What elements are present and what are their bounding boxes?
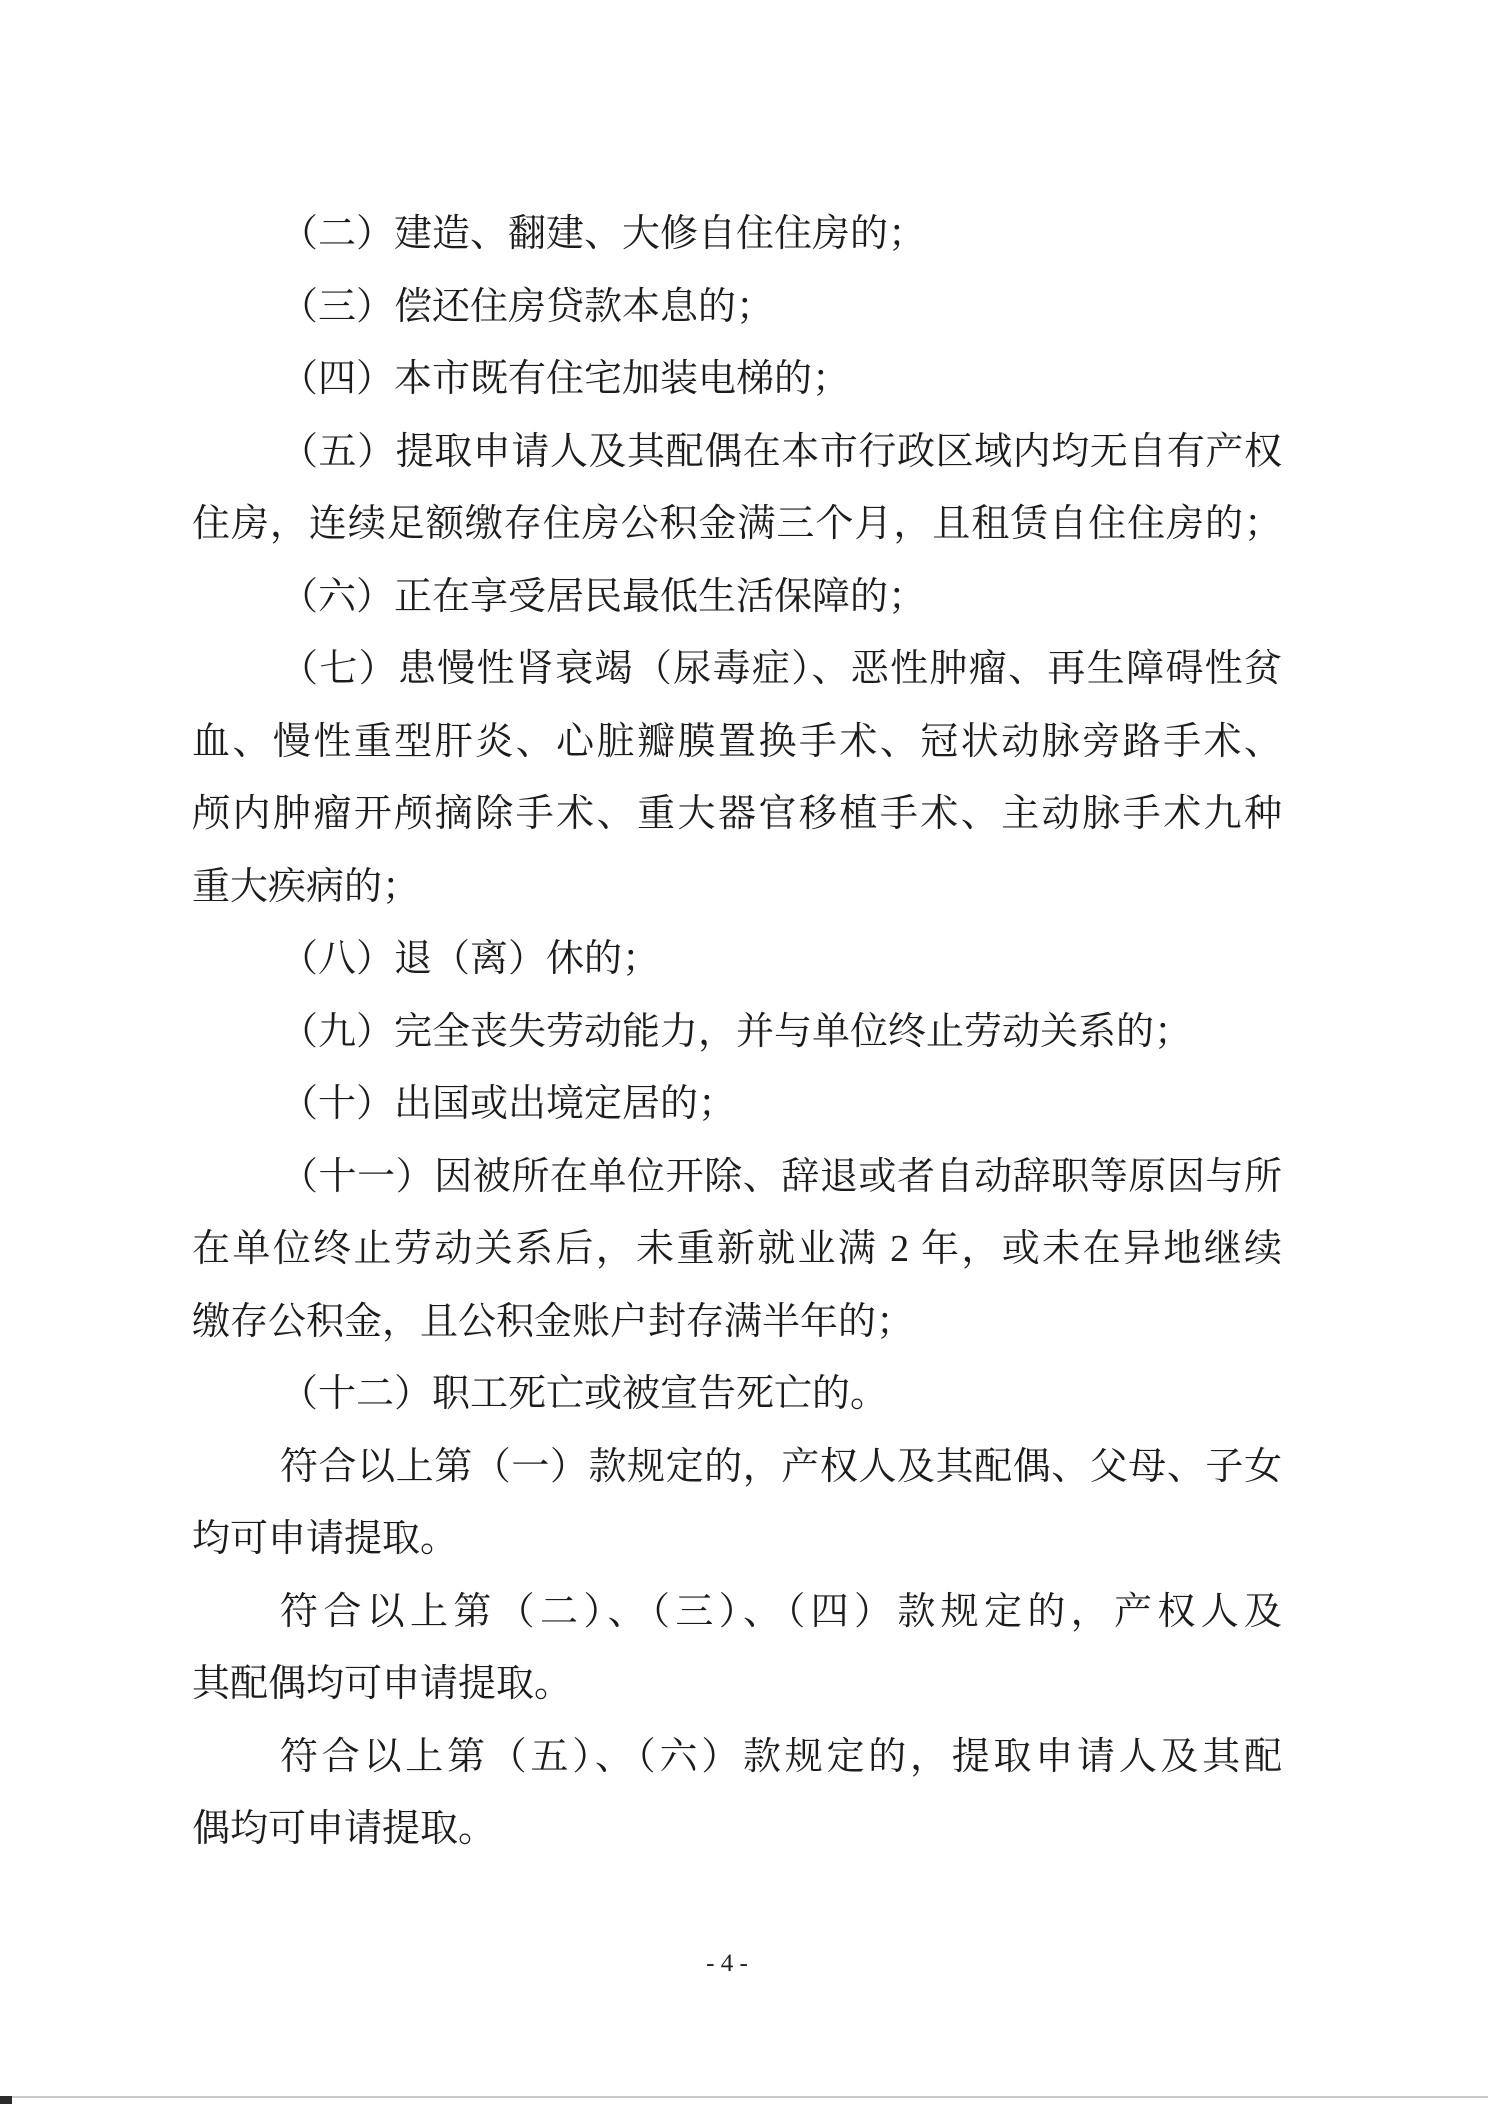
text-line: 偶均可申请提取。 — [192, 1793, 1282, 1866]
text-line: 其配偶均可申请提取。 — [192, 1648, 1282, 1721]
text-line: 符合以上第（五）、（六）款规定的，提取申请人及其配 — [192, 1721, 1282, 1794]
text-line: （七）患慢性肾衰竭（尿毒症）、恶性肿瘤、再生障碍性贫 — [192, 633, 1282, 706]
text-line: 缴存公积金，且公积金账户封存满半年的； — [192, 1286, 1282, 1359]
text-line: 住房，连续足额缴存住房公积金满三个月，且租赁自住住房的； — [192, 488, 1282, 561]
text-line: 重大疾病的； — [192, 851, 1282, 924]
document-page: （二）建造、翻建、大修自住住房的； （三）偿还住房贷款本息的； （四）本市既有住… — [0, 0, 1488, 2104]
text-line: （九）完全丧失劳动能力，并与单位终止劳动关系的； — [192, 996, 1282, 1069]
text-line: （十一）因被所在单位开除、辞退或者自动辞职等原因与所 — [192, 1141, 1282, 1214]
scan-corner-artifact — [0, 2096, 12, 2104]
text-line: （十）出国或出境定居的； — [192, 1068, 1282, 1141]
text-line: （六）正在享受居民最低生活保障的； — [192, 561, 1282, 634]
document-text-block: （二）建造、翻建、大修自住住房的； （三）偿还住房贷款本息的； （四）本市既有住… — [192, 198, 1282, 1866]
scan-edge-artifact — [0, 2096, 1488, 2098]
text-line: 在单位终止劳动关系后，未重新就业满 2 年，或未在异地继续 — [192, 1213, 1282, 1286]
text-line: 符合以上第（一）款规定的，产权人及其配偶、父母、子女 — [192, 1431, 1282, 1504]
text-line: （五）提取申请人及其配偶在本市行政区域内均无自有产权 — [192, 416, 1282, 489]
page-number: - 4 - — [706, 1948, 748, 1980]
text-line: （二）建造、翻建、大修自住住房的； — [192, 198, 1282, 271]
text-line: 血、慢性重型肝炎、心脏瓣膜置换手术、冠状动脉旁路手术、 — [192, 706, 1282, 779]
text-line: （十二）职工死亡或被宣告死亡的。 — [192, 1358, 1282, 1431]
text-line: （三）偿还住房贷款本息的； — [192, 271, 1282, 344]
text-line: 符合以上第（二）、（三）、（四）款规定的，产权人及 — [192, 1576, 1282, 1649]
text-line: 颅内肿瘤开颅摘除手术、重大器官移植手术、主动脉手术九种 — [192, 778, 1282, 851]
text-line: （八）退（离）休的； — [192, 923, 1282, 996]
text-line: （四）本市既有住宅加装电梯的； — [192, 343, 1282, 416]
text-line: 均可申请提取。 — [192, 1503, 1282, 1576]
